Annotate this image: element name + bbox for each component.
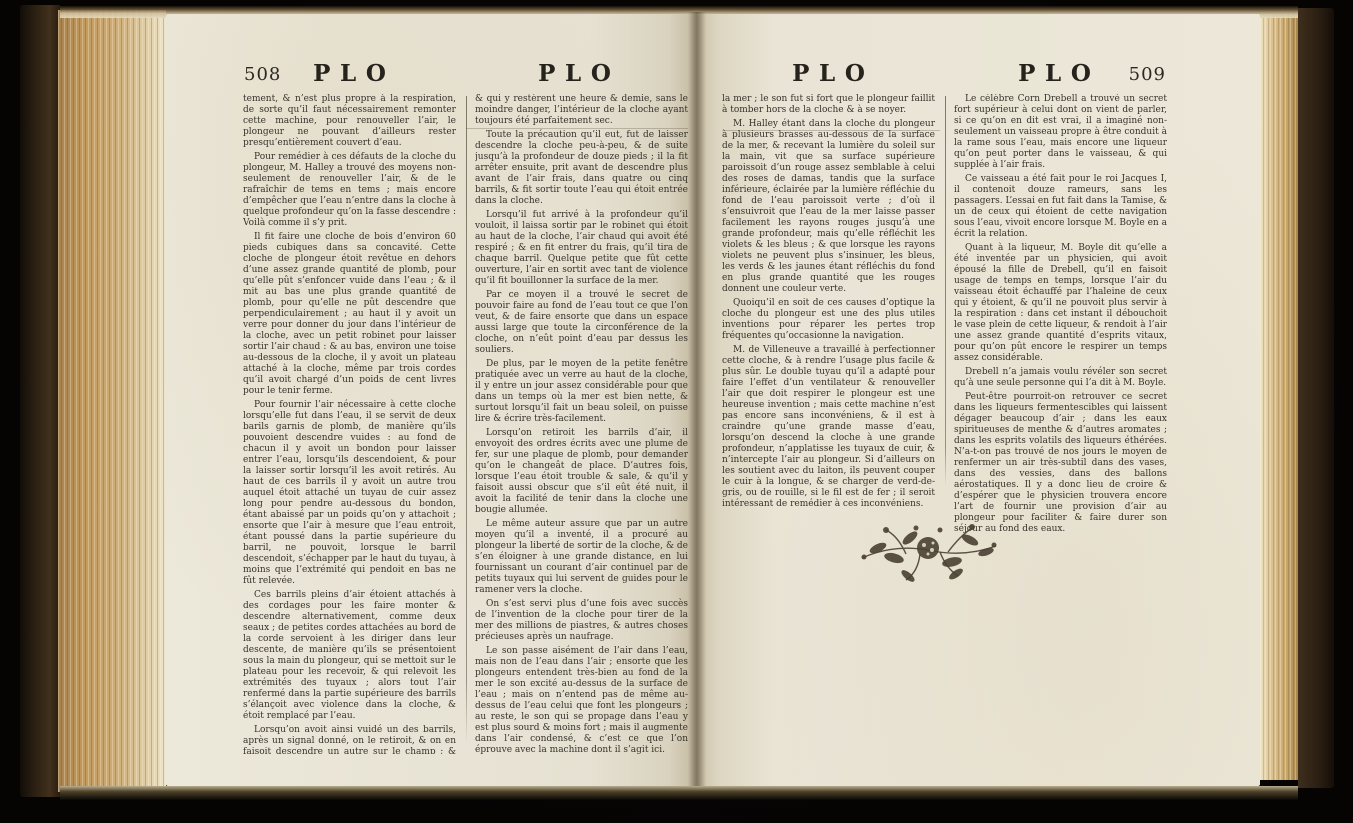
floral-ornament-icon xyxy=(848,506,1008,598)
paragraph: Lorsqu’on retiroit les barrils d’air, il… xyxy=(475,428,688,516)
paragraph: Il fit faire une cloche de bois d’enviro… xyxy=(243,232,456,397)
paragraph: Pour remédier à ces défauts de la cloche… xyxy=(243,152,456,229)
paragraph: De plus, par le moyen de la petite fenêt… xyxy=(475,359,688,425)
text-column: & qui y restèrent une heure & demie, san… xyxy=(475,94,688,754)
paragraph: tement, & n’est plus propre à la respira… xyxy=(243,94,456,149)
left-page-text: tement, & n’est plus propre à la respira… xyxy=(243,94,688,754)
right-page: PLO PLO 509 la mer ; le son fut si fort … xyxy=(696,14,1260,786)
page-stack-bottom-edge xyxy=(60,786,1298,800)
paragraph: & qui y restèrent une heure & demie, san… xyxy=(475,94,688,127)
column-gap xyxy=(456,94,475,754)
right-page-text: la mer ; le son fut si fort que le plong… xyxy=(722,94,1167,754)
text-column: tement, & n’est plus propre à la respira… xyxy=(243,94,456,754)
paragraph: Lorsqu’on avoit ainsi vuidé un des barri… xyxy=(243,725,456,754)
paragraph: On s’est servi plus d’une fois avec succ… xyxy=(475,599,688,643)
book-gutter-shadow xyxy=(688,12,706,788)
page-stack-fore-edge-left xyxy=(58,10,166,792)
book-cover-left-edge xyxy=(20,5,60,797)
page-number: 509 xyxy=(1096,64,1166,85)
paragraph: Ces barrils pleins d’air étoient attaché… xyxy=(243,590,456,722)
right-page-header: PLO PLO 509 xyxy=(696,60,1260,94)
paragraph: Le son passe aisément de l’air dans l’ea… xyxy=(475,646,688,754)
paragraph: Quoiqu’il en soit de ces causes d’optiqu… xyxy=(722,298,935,342)
left-page: 508 PLO PLO tement, & n’est plus propre … xyxy=(166,14,696,786)
column-rule xyxy=(466,96,467,744)
running-head: PLO xyxy=(722,60,935,87)
paragraph: Le célèbre Corn Drebell a trouvé un secr… xyxy=(954,94,1167,171)
paragraph: Ce vaisseau a été fait pour le roi Jacqu… xyxy=(954,174,1167,240)
left-page-header: 508 PLO PLO xyxy=(166,60,696,94)
running-head: PLO xyxy=(468,60,681,87)
running-head: PLO xyxy=(243,60,456,87)
paragraph: Lorsqu’il fut arrivé à la profondeur qu’… xyxy=(475,210,688,287)
text-column: la mer ; le son fut si fort que le plong… xyxy=(722,94,935,754)
book-photograph: 508 PLO PLO tement, & n’est plus propre … xyxy=(0,0,1353,823)
paragraph: Drebell n’a jamais voulu révéler son sec… xyxy=(954,367,1167,389)
paragraph: Par ce moyen il a trouvé le secret de po… xyxy=(475,290,688,356)
column-gap xyxy=(935,94,954,754)
paragraph: Quant à la liqueur, M. Boyle dit qu’elle… xyxy=(954,243,1167,364)
paragraph: Toute la précaution qu’il eut, fut de la… xyxy=(475,130,688,207)
page-stack-fore-edge-right xyxy=(1260,14,1298,780)
column-rule xyxy=(945,96,946,486)
paragraph: Pour fournir l’air nécessaire à cette cl… xyxy=(243,400,456,587)
paragraph: la mer ; le son fut si fort que le plong… xyxy=(722,94,935,116)
book-cover-right-edge xyxy=(1298,8,1334,788)
paragraph: M. Halley étant dans la cloche du plonge… xyxy=(722,119,935,295)
paragraph: M. de Villeneuve a travaillé à perfectio… xyxy=(722,345,935,510)
text-column: Le célèbre Corn Drebell a trouvé un secr… xyxy=(954,94,1167,754)
paragraph: Le même auteur assure que par un autre m… xyxy=(475,519,688,596)
